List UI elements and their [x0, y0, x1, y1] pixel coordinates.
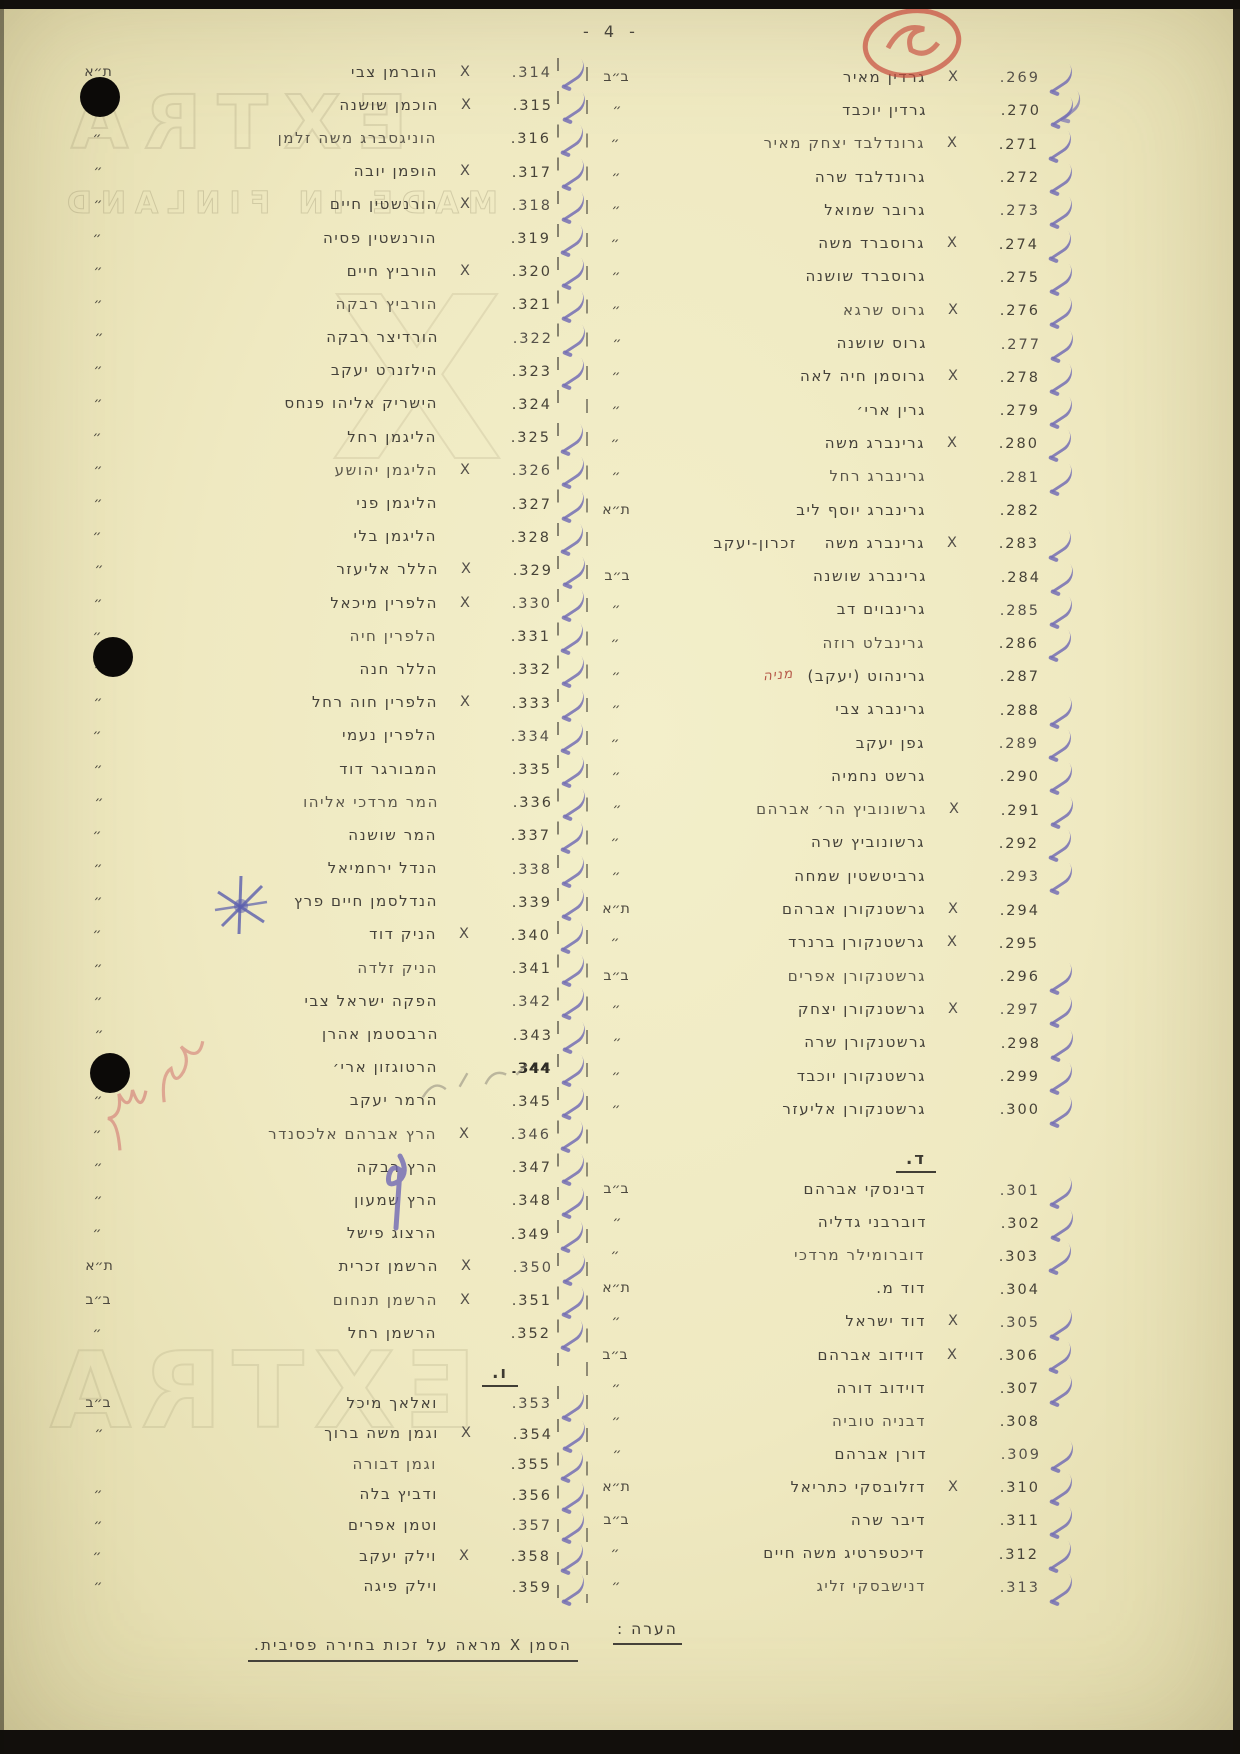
city-label: ת״א [71, 1258, 127, 1274]
voter-entry-row: .287גרינהוט (יעקב)מניה״ [588, 659, 1040, 692]
entry-number: .309 [1001, 1447, 1041, 1463]
entry-number-cell: .339 [492, 892, 552, 911]
city-label: ״ [588, 1578, 644, 1594]
entry-number-cell: .289 [979, 733, 1039, 752]
voter-name: הרשמן זכרית [339, 1257, 439, 1275]
entry-number-cell: .299 [980, 1066, 1040, 1085]
pencil-check-mark [556, 756, 589, 785]
voter-entry-row: .313דנישבסקי זליג״ [588, 1570, 1040, 1603]
entry-number: .332 [512, 662, 552, 678]
voter-entry-row: .273גרובר שמואל״ [588, 193, 1040, 226]
voter-name: גרינברג משה [825, 434, 925, 452]
voter-name-cell: הליגמן פני [126, 494, 438, 512]
voter-name: דבינסקי אברהם [804, 1180, 926, 1198]
pencil-check-mark [555, 424, 588, 453]
voter-entry-row: .325הליגמן רחל״ [69, 420, 551, 453]
voter-name-cell: הרטוגזון ארי׳ [126, 1058, 438, 1076]
hole-punch [90, 1053, 130, 1093]
voter-name-cell: דוברבני גדליה [645, 1213, 927, 1231]
entry-number-cell: .297 [980, 999, 1040, 1018]
entry-number: .330 [512, 596, 552, 612]
city-label: ״ [588, 268, 644, 284]
entry-number-cell: .316 [491, 128, 551, 147]
voter-name: הוכמן שושנה [339, 96, 439, 114]
passive-right-x-mark: X [925, 1347, 979, 1363]
entry-number: .278 [1000, 370, 1040, 386]
section-header-vav-label: ו. [482, 1363, 518, 1387]
pencil-check-mark [555, 1121, 588, 1150]
city-label: ״ [70, 1578, 126, 1594]
entry-number-cell: .327 [492, 494, 552, 513]
passive-right-x-mark: X [925, 135, 979, 151]
voter-entry-row: .326Xהליגמן יהושע״ [70, 453, 552, 486]
entry-number: .269 [1000, 70, 1040, 86]
passive-right-x-mark: X [438, 263, 492, 279]
passive-right-x-mark: X [437, 926, 491, 942]
entry-number-cell: .295 [979, 933, 1039, 952]
city-label: ״ [70, 462, 126, 478]
voter-name: וילק פיגה [364, 1577, 438, 1595]
voter-name: הליגמן פני [356, 494, 438, 512]
voter-name: גרוסמן חיה לאה [800, 367, 926, 385]
voter-entry-row: .358Xוילק יעקב״ [69, 1540, 551, 1571]
city-label: ״ [589, 1446, 645, 1462]
voter-name: הליגמן רחל [347, 428, 437, 446]
voter-name-cell: דוד מ. [644, 1279, 926, 1297]
voter-name: גרינברג שושנה [813, 567, 927, 585]
voter-name-cell: הורביץ חיים [126, 262, 438, 280]
voter-entry-row: .332הללר חנה״ [70, 652, 552, 685]
voter-entry-row: .354Xוגמן משה ברוך״ [71, 1418, 553, 1449]
entry-number-cell: .353 [492, 1393, 552, 1412]
voter-name-cell: הילזנרט יעקב [126, 361, 438, 379]
voter-entry-row: .274Xגרוסברד משה״ [587, 226, 1039, 259]
entry-number-cell: .331 [491, 626, 551, 645]
voter-name-cell: גרשטנקורן ברנרד [643, 933, 925, 951]
entry-number-cell: .280 [979, 433, 1039, 452]
pencil-check-mark [1044, 264, 1077, 293]
voter-entry-row: .318Xהורנשטין חיים״ [70, 188, 552, 221]
voter-name-cell: גרינהוט (יעקב)מניה [644, 667, 926, 685]
entry-number: .319 [511, 231, 551, 247]
entry-number-cell: .310 [980, 1477, 1040, 1496]
entry-number: .306 [999, 1348, 1039, 1364]
voter-name-cell: וילק יעקב [125, 1547, 437, 1565]
pencil-check-mark [1044, 996, 1077, 1025]
entry-number-cell: .286 [979, 633, 1039, 652]
voter-name-cell: הרשמן רחל [125, 1324, 437, 1342]
pencil-check-mark [556, 358, 589, 387]
entry-number: .352 [511, 1326, 551, 1342]
voter-name-cell: גרינברג צבי [644, 700, 926, 718]
voter-name-cell: הלפרין נעמי [125, 726, 437, 744]
voter-name: המר מרדכי אליהו [303, 793, 439, 811]
entry-number: .342 [512, 994, 552, 1010]
voter-entry-row: .356ודביץ בלה״ [70, 1479, 552, 1510]
passive-right-x-mark: X [927, 801, 981, 817]
voter-name: ואלאך מיכל [347, 1394, 439, 1412]
pencil-check-mark [556, 889, 589, 918]
entry-number-cell: .300 [980, 1099, 1040, 1118]
scan-edge [0, 0, 4, 1754]
voter-name-cell: ואלאך מיכל [126, 1394, 438, 1412]
voter-entry-row: .298גרשטנקורן שרה״ [589, 1026, 1041, 1059]
voter-entry-row: .322הורדיצר רבקה״ [71, 321, 553, 354]
pencil-check-mark [556, 1513, 589, 1542]
pencil-check-mark [556, 1088, 589, 1117]
voter-name: גרשטנקורן יוכבד [797, 1067, 926, 1085]
pencil-check-mark [1044, 963, 1077, 992]
voter-entry-row: .292גרשונוביץ שרה״ [587, 826, 1039, 859]
entry-number: .272 [1000, 170, 1040, 186]
voter-name-cell: המר שושנה [125, 826, 437, 844]
voter-name: דוד מ. [876, 1279, 926, 1297]
pencil-check-mark [1043, 430, 1076, 459]
entry-number: .323 [512, 364, 552, 380]
passive-right-x-mark: X [439, 1425, 493, 1441]
city-label: ״ [69, 1126, 125, 1142]
entry-number: .335 [512, 762, 552, 778]
voter-name: הנדלסמן חיים פרץ [294, 892, 438, 910]
city-label: ״ [69, 827, 125, 843]
city-label: ״ [69, 230, 125, 246]
entry-number-cell: .343 [493, 1025, 553, 1044]
voter-entry-row: .310Xדזלובסקי כתריאלת״א [588, 1470, 1040, 1503]
city-label: ת״א [588, 1280, 644, 1296]
entry-number-cell: .329 [493, 560, 553, 579]
voter-name: גרינבוים דב [837, 600, 926, 618]
city-label: ״ [588, 868, 644, 884]
voter-name-cell: המבורגר דוד [126, 760, 438, 778]
entry-number-cell: .294 [980, 900, 1040, 919]
city-label: ״ [588, 1413, 644, 1429]
pencil-check-mark [556, 955, 589, 984]
voter-entry-row: .348הרץ שמעון״ [70, 1183, 552, 1216]
voter-entry-row: .321הורביץ רבקה״ [70, 287, 552, 320]
voter-name-cell: גרוס שושנה [645, 334, 927, 352]
entry-number: .305 [1000, 1315, 1040, 1331]
voter-name-cell: גרינברג משהזכרון-יעקב [643, 534, 925, 552]
voter-name-cell: הרבסטמן אהרן [127, 1025, 439, 1043]
entry-number: .355 [511, 1457, 551, 1473]
voter-entry-row: .352הרשמן רחל״ [69, 1316, 551, 1349]
right-column-section-dalet: .301דבינסקי אברהםב״ב.302דוברבני גדליה״.3… [588, 1173, 1040, 1603]
section-header-dalet: ד. [588, 1126, 1040, 1173]
voter-name: גרשטנקורן אפרים [788, 967, 926, 985]
pencil-check-mark [556, 457, 589, 486]
voter-name: דוברומילר מרדכי [794, 1246, 925, 1264]
voter-name: הנדל ירחמיאל [328, 859, 438, 877]
voter-entry-row: .281גרינברג רחל״ [588, 460, 1040, 493]
city-label: ״ [70, 196, 126, 212]
entry-number: .280 [999, 436, 1039, 452]
voter-name-cell: וילק פיגה [126, 1577, 438, 1595]
voter-name: הורנשטין חיים [330, 195, 438, 213]
voter-name: גרשונוביץ הר׳ אברהם [756, 800, 927, 818]
section-header-vav: ו. [70, 1349, 552, 1387]
passive-right-x-mark: X [439, 1258, 493, 1274]
entry-number-cell: .283 [979, 533, 1039, 552]
passive-right-x-mark: X [438, 694, 492, 710]
red-handwritten-word: מניה [762, 666, 794, 687]
voter-entry-row: .280Xגרינברג משה״ [587, 426, 1039, 459]
entry-number: .345 [512, 1094, 552, 1110]
city-label: ב״ב [588, 69, 644, 85]
city-label: ״ [70, 993, 126, 1009]
entry-number: .346 [511, 1127, 551, 1143]
passive-right-x-mark: X [438, 196, 492, 212]
voter-entry-row: .314Xהוברמן צבית״א [70, 55, 552, 88]
voter-name: הרשמן רחל [348, 1324, 437, 1342]
voter-name-cell: גרינבוים דב [644, 600, 926, 618]
voter-name: הרץ שמעון [354, 1191, 438, 1209]
voter-entry-row: .315Xהוכמן שושנהב״ב [71, 88, 553, 121]
voter-name-cell: הליגמן בלי [125, 527, 437, 545]
voter-name-cell: הניק זלדה [126, 959, 438, 977]
pencil-check-mark [1045, 1030, 1078, 1059]
voter-name-cell: גרין ארי׳ [644, 401, 926, 419]
entry-number-cell: .308 [980, 1411, 1040, 1430]
voter-name-cell: המר מרדכי אליהו [127, 793, 439, 811]
city-label: ״ [70, 263, 126, 279]
passive-right-x-mark: X [926, 1313, 980, 1329]
entry-number: .358 [511, 1549, 551, 1565]
voter-entry-row: .330Xהלפרין מיכאל״ [70, 586, 552, 619]
entry-number-cell: .276 [980, 300, 1040, 319]
entry-number-cell: .290 [980, 766, 1040, 785]
entry-number-cell: .273 [980, 200, 1040, 219]
voter-name-cell: הרץ רבקה [126, 1158, 438, 1176]
voter-name: גרשטנקורן יצחק [798, 1000, 926, 1018]
voter-name-cell: הרמר יעקב [126, 1091, 438, 1109]
voter-name: גרוס שושנה [837, 334, 927, 352]
pencil-check-mark [556, 856, 589, 885]
voter-entry-row: .346Xהרץ אברהם אלכסנדר״ [69, 1117, 551, 1150]
voter-entry-row: .272גרונדלבד שרה״ [588, 160, 1040, 193]
entry-number: .322 [513, 331, 553, 347]
entry-number: .353 [512, 1396, 552, 1412]
voter-name: גרינברג משה [825, 534, 925, 552]
pencil-check-mark [555, 822, 588, 851]
city-label: ״ [70, 395, 126, 411]
entry-number: .340 [511, 928, 551, 944]
city-label: ״ [588, 302, 644, 318]
voter-name: הניק דוד [369, 925, 437, 943]
entry-number: .302 [1001, 1216, 1041, 1232]
entry-number: .351 [512, 1293, 552, 1309]
voter-name-cell: גרשטנקורן אפרים [644, 967, 926, 985]
pencil-check-mark [557, 1254, 590, 1283]
entry-number-cell: .338 [492, 859, 552, 878]
voter-name-cell: הוכמן שושנה [127, 96, 439, 114]
city-label: ״ [588, 601, 644, 617]
entry-number-cell: .325 [491, 427, 551, 446]
voter-name: הלפרין נעמי [342, 726, 437, 744]
voter-name: דזלובסקי כתריאל [791, 1478, 926, 1496]
pencil-check-mark [557, 1421, 590, 1450]
entry-number-cell: .269 [980, 67, 1040, 86]
entry-number-cell: .274 [979, 234, 1039, 253]
entry-number-cell: .318 [492, 195, 552, 214]
city-label: ״ [587, 635, 643, 651]
voter-entry-row: .277גרוס שושנה״ [589, 326, 1041, 359]
voter-name: הופמן יובה [354, 162, 438, 180]
city-label: ״ [70, 761, 126, 777]
voter-name: גרונדלבד שרה [815, 168, 926, 186]
passive-right-x-mark: X [438, 462, 492, 478]
entry-number: .325 [511, 430, 551, 446]
voter-entry-row: .295Xגרשטנקורן ברנרד״ [587, 926, 1039, 959]
voter-name: הלפרין מיכאל [330, 594, 438, 612]
pencil-check-mark [1043, 1243, 1076, 1272]
entry-number: .311 [1000, 1513, 1040, 1529]
entry-number: .359 [512, 1580, 552, 1596]
voter-name-cell: גרדין יוכבד [645, 101, 927, 119]
voter-name: הישריק אליהו פנחס [284, 394, 438, 412]
entry-number-cell: .335 [492, 759, 552, 778]
voter-name-cell: גרשטנקורן אליעזר [644, 1100, 926, 1118]
city-label: ״ [588, 1101, 644, 1117]
entry-number: .304 [1000, 1282, 1040, 1298]
voter-name-cell: הלפרין מיכאל [126, 594, 438, 612]
entry-number: .276 [1000, 303, 1040, 319]
voter-name-cell: דוברומילר מרדכי [643, 1246, 925, 1264]
city-label: ״ [70, 362, 126, 378]
voter-name-cell: גרינברג יוסף ליב [644, 501, 926, 519]
pencil-check-mark [1045, 564, 1078, 593]
pencil-check-mark [556, 159, 589, 188]
pencil-check-mark [556, 988, 589, 1017]
right-column: .269Xגרדין מאירב״ב.270גרדין יוכבד״.271Xג… [588, 60, 1040, 1603]
voter-entry-row: .341הניק זלדה״ [70, 951, 552, 984]
entry-number: .303 [999, 1249, 1039, 1265]
entry-number: .356 [512, 1488, 552, 1504]
left-column-section-vav: .353ואלאך מיכלב״ב.354Xוגמן משה ברוך״.355… [70, 1387, 552, 1601]
voter-name: הורביץ חיים [347, 262, 438, 280]
pencil-check-mark [1045, 1210, 1078, 1239]
voter-name-cell: דזלובסקי כתריאל [644, 1478, 926, 1496]
entry-number-cell: .313 [980, 1577, 1040, 1596]
passive-right-x-mark: X [926, 302, 980, 318]
scan-edge [1233, 0, 1240, 1754]
entry-number: .275 [1000, 270, 1040, 286]
entry-number-cell: .326 [492, 460, 552, 479]
pencil-check-mark [555, 225, 588, 254]
voter-entry-row: .279גרין ארי׳״ [588, 393, 1040, 426]
voter-name: וגמן דבורה [352, 1455, 437, 1473]
entry-number: .291 [1001, 803, 1041, 819]
voter-name: המר שושנה [348, 826, 437, 844]
passive-right-x-mark: X [439, 561, 493, 577]
passive-right-x-mark: X [925, 435, 979, 451]
entry-number-cell: .304 [980, 1279, 1040, 1298]
entry-number-cell: .315 [493, 95, 553, 114]
pencil-check-mark [1043, 1541, 1076, 1570]
voter-entry-row: .324הישריק אליהו פנחס״ [70, 387, 552, 420]
entry-number: .331 [511, 629, 551, 645]
entry-number-cell: .277 [981, 334, 1041, 353]
voter-name-cell: גרשטנקורן יוכבד [644, 1067, 926, 1085]
voter-name: דוד ישראל [845, 1312, 926, 1330]
city-label: ב״ב [588, 1181, 644, 1197]
city-label: ״ [588, 1068, 644, 1084]
pencil-check-mark [556, 59, 589, 88]
city-label: ״ [587, 934, 643, 950]
pencil-check-mark [1044, 464, 1077, 493]
voter-entry-row: .278Xגרוסמן חיה לאה״ [588, 360, 1040, 393]
pencil-check-mark [556, 258, 589, 287]
voter-name-cell: גרשטנקורן אברהם [644, 900, 926, 918]
city-label: ״ [588, 468, 644, 484]
scanned-document-page: EXTRA MADE IN FINLAND X EXTRA - 4 - .269… [0, 0, 1240, 1754]
scan-edge [0, 1730, 1240, 1754]
voter-entry-row: .355וגמן דבורה [69, 1449, 551, 1480]
entry-number-cell: .291 [981, 800, 1041, 819]
city-label: ״ [587, 1545, 643, 1561]
entry-number-cell: .305 [980, 1312, 1040, 1331]
pencil-check-mark [555, 623, 588, 652]
city-label: ״ [589, 801, 645, 817]
entry-number: .316 [511, 131, 551, 147]
entry-number: .270 [1001, 103, 1041, 119]
pencil-check-mark [557, 1022, 590, 1051]
voter-entry-row: .307דוידוב דורה״ [588, 1371, 1040, 1404]
voter-entry-row: .270גרדין יוכבד״ [589, 93, 1041, 126]
voter-name-cell: דוידוב דורה [644, 1379, 926, 1397]
passive-right-x-mark: X [438, 64, 492, 80]
entry-number: .354 [513, 1427, 553, 1443]
voter-name: הוברמן צבי [351, 63, 438, 81]
voter-name-cell: וגמן משה ברוך [127, 1424, 439, 1442]
voter-name-cell: הרשמן תנחום [126, 1291, 438, 1309]
voter-name: הרבסטמן אהרן [322, 1025, 439, 1043]
voter-entry-row: .291Xגרשונוביץ הר׳ אברהם״ [589, 793, 1041, 826]
city-label: ״ [71, 794, 127, 810]
entry-number: .283 [999, 536, 1039, 552]
entry-number: .314 [512, 65, 552, 81]
voter-name-cell: הרץ שמעון [126, 1191, 438, 1209]
entry-number-cell: .298 [981, 1033, 1041, 1052]
pencil-check-mark [556, 1574, 589, 1603]
pencil-check-mark [1044, 1474, 1077, 1503]
pencil-check-mark [1044, 1375, 1077, 1404]
entry-number-cell: .324 [492, 394, 552, 413]
voter-name: הלפרין חיה [350, 627, 437, 645]
tally-marks-column [557, 58, 559, 1603]
passive-right-x-mark: X [925, 535, 979, 551]
entry-number: .294 [1000, 903, 1040, 919]
passive-right-x-mark: X [438, 163, 492, 179]
entry-number: .321 [512, 297, 552, 313]
voter-name-cell: ודביץ בלה [126, 1485, 438, 1503]
city-label: ״ [588, 368, 644, 384]
pencil-check-mark [555, 1543, 588, 1572]
voter-entry-row: .319הורנשטין פסיה״ [69, 221, 551, 254]
entry-number-cell: .347 [492, 1157, 552, 1176]
entry-number: .286 [999, 636, 1039, 652]
pencil-check-mark [556, 1287, 589, 1316]
voter-entry-row: .339הנדלסמן חיים פרץ״ [70, 885, 552, 918]
voter-name: וילק יעקב [359, 1547, 437, 1565]
voter-name: הורנשטין פסיה [323, 229, 437, 247]
voter-name: הרץ אברהם אלכסנדר [268, 1125, 437, 1143]
pencil-check-mark [556, 291, 589, 320]
voter-name: הללר חנה [360, 660, 439, 678]
voter-name: גרשונוביץ שרה [811, 833, 925, 851]
voter-name: גרשטנקורן ברנרד [788, 933, 925, 951]
pencil-check-mark [1043, 830, 1076, 859]
entry-number-cell: .302 [981, 1213, 1041, 1232]
